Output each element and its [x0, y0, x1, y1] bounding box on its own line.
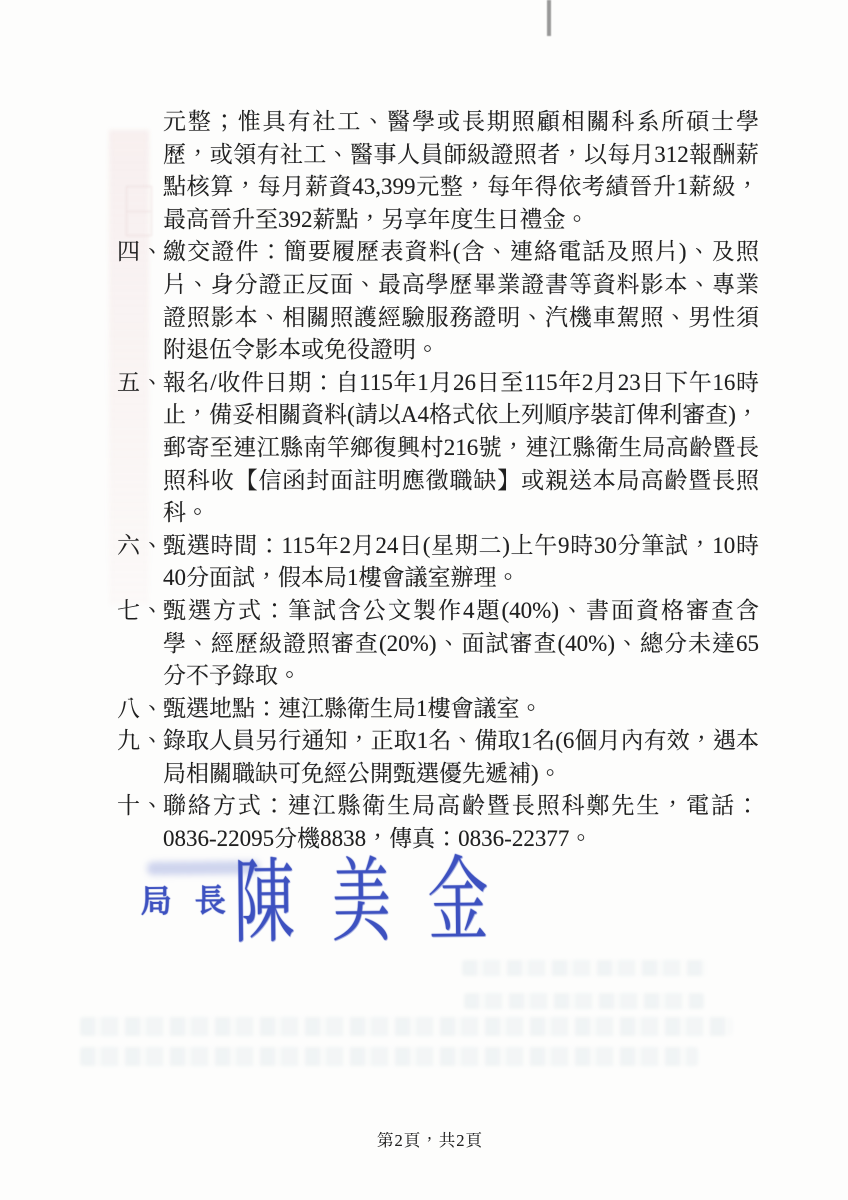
list-item-7: 七、 甄選方式：筆試含公文製作4題(40%)、書面資格審查含學、經歷級證照審查(… — [163, 595, 759, 693]
item-6-text: 甄選時間：115年2月24日(星期二)上午9時30分筆試，10時40分面試，假本… — [163, 533, 759, 591]
item-10-text: 聯絡方式：連江縣衛生局高齡暨長照科鄭先生，電話：0836-22095分機8838… — [163, 793, 759, 851]
item-5-text: 報名/收件日期：自115年1月26日至115年2月23日下午16時止，備妥相關資… — [163, 370, 759, 525]
item-9-number: 九、 — [117, 725, 163, 758]
list-item-8: 八、 甄選地點：連江縣衛生局1樓會議室。 — [163, 693, 759, 726]
scanned-document-page: 元整；惟具有社工、醫學或長期照顧相關科系所碩士學歷，或領有社工、醫事人員師級證照… — [0, 0, 848, 1200]
item-8-number: 八、 — [117, 693, 163, 726]
item-5-number: 五、 — [117, 367, 163, 400]
item-4-number: 四、 — [117, 236, 163, 269]
item-6-number: 六、 — [117, 530, 163, 563]
continuation-paragraph: 元整；惟具有社工、醫學或長期照顧相關科系所碩士學歷，或領有社工、醫事人員師級證照… — [163, 106, 759, 236]
list-item-10: 十、 聯絡方式：連江縣衛生局高齡暨長照科鄭先生，電話：0836-22095分機8… — [163, 790, 759, 855]
list-item-5: 五、 報名/收件日期：自115年1月26日至115年2月23日下午16時止，備妥… — [163, 367, 759, 530]
bleedthrough-row — [80, 1047, 698, 1066]
item-10-number: 十、 — [117, 790, 163, 823]
scan-ghost-mark — [126, 186, 152, 236]
item-8-text: 甄選地點：連江縣衛生局1樓會議室。 — [163, 696, 543, 721]
list-item-9: 九、 錄取人員另行通知，正取1名、備取1名(6個月內有效，遇本局相關職缺可免經公… — [163, 725, 759, 790]
item-7-number: 七、 — [117, 595, 163, 628]
list-item-4: 四、 繳交證件：簡要履歷表資料(含、連絡電話及照片)、及照片、身分證正反面、最高… — [163, 236, 759, 366]
page-footer: 第2頁，共2頁 — [0, 1127, 848, 1151]
bleedthrough-row — [464, 993, 704, 1009]
scan-edge-artifact — [547, 0, 551, 36]
item-7-text: 甄選方式：筆試含公文製作4題(40%)、書面資格審查含學、經歷級證照審查(20%… — [163, 598, 759, 688]
director-signature-stamp: 局長 陳美金 — [131, 850, 553, 1004]
item-4-text: 繳交證件：簡要履歷表資料(含、連絡電話及照片)、及照片、身分證正反面、最高學歷畢… — [163, 239, 759, 362]
bleedthrough-row — [80, 1017, 732, 1036]
item-9-text: 錄取人員另行通知，正取1名、備取1名(6個月內有效，遇本局相關職缺可免經公開甄選… — [163, 728, 759, 786]
document-body: 元整；惟具有社工、醫學或長期照顧相關科系所碩士學歷，或領有社工、醫事人員師級證照… — [163, 106, 759, 856]
page-number: 第2頁，共2頁 — [377, 1131, 483, 1150]
bleedthrough-row — [462, 960, 706, 976]
list-item-6: 六、 甄選時間：115年2月24日(星期二)上午9時30分筆試，10時40分面試… — [163, 530, 759, 595]
stamp-name: 陳美金 — [233, 850, 525, 954]
